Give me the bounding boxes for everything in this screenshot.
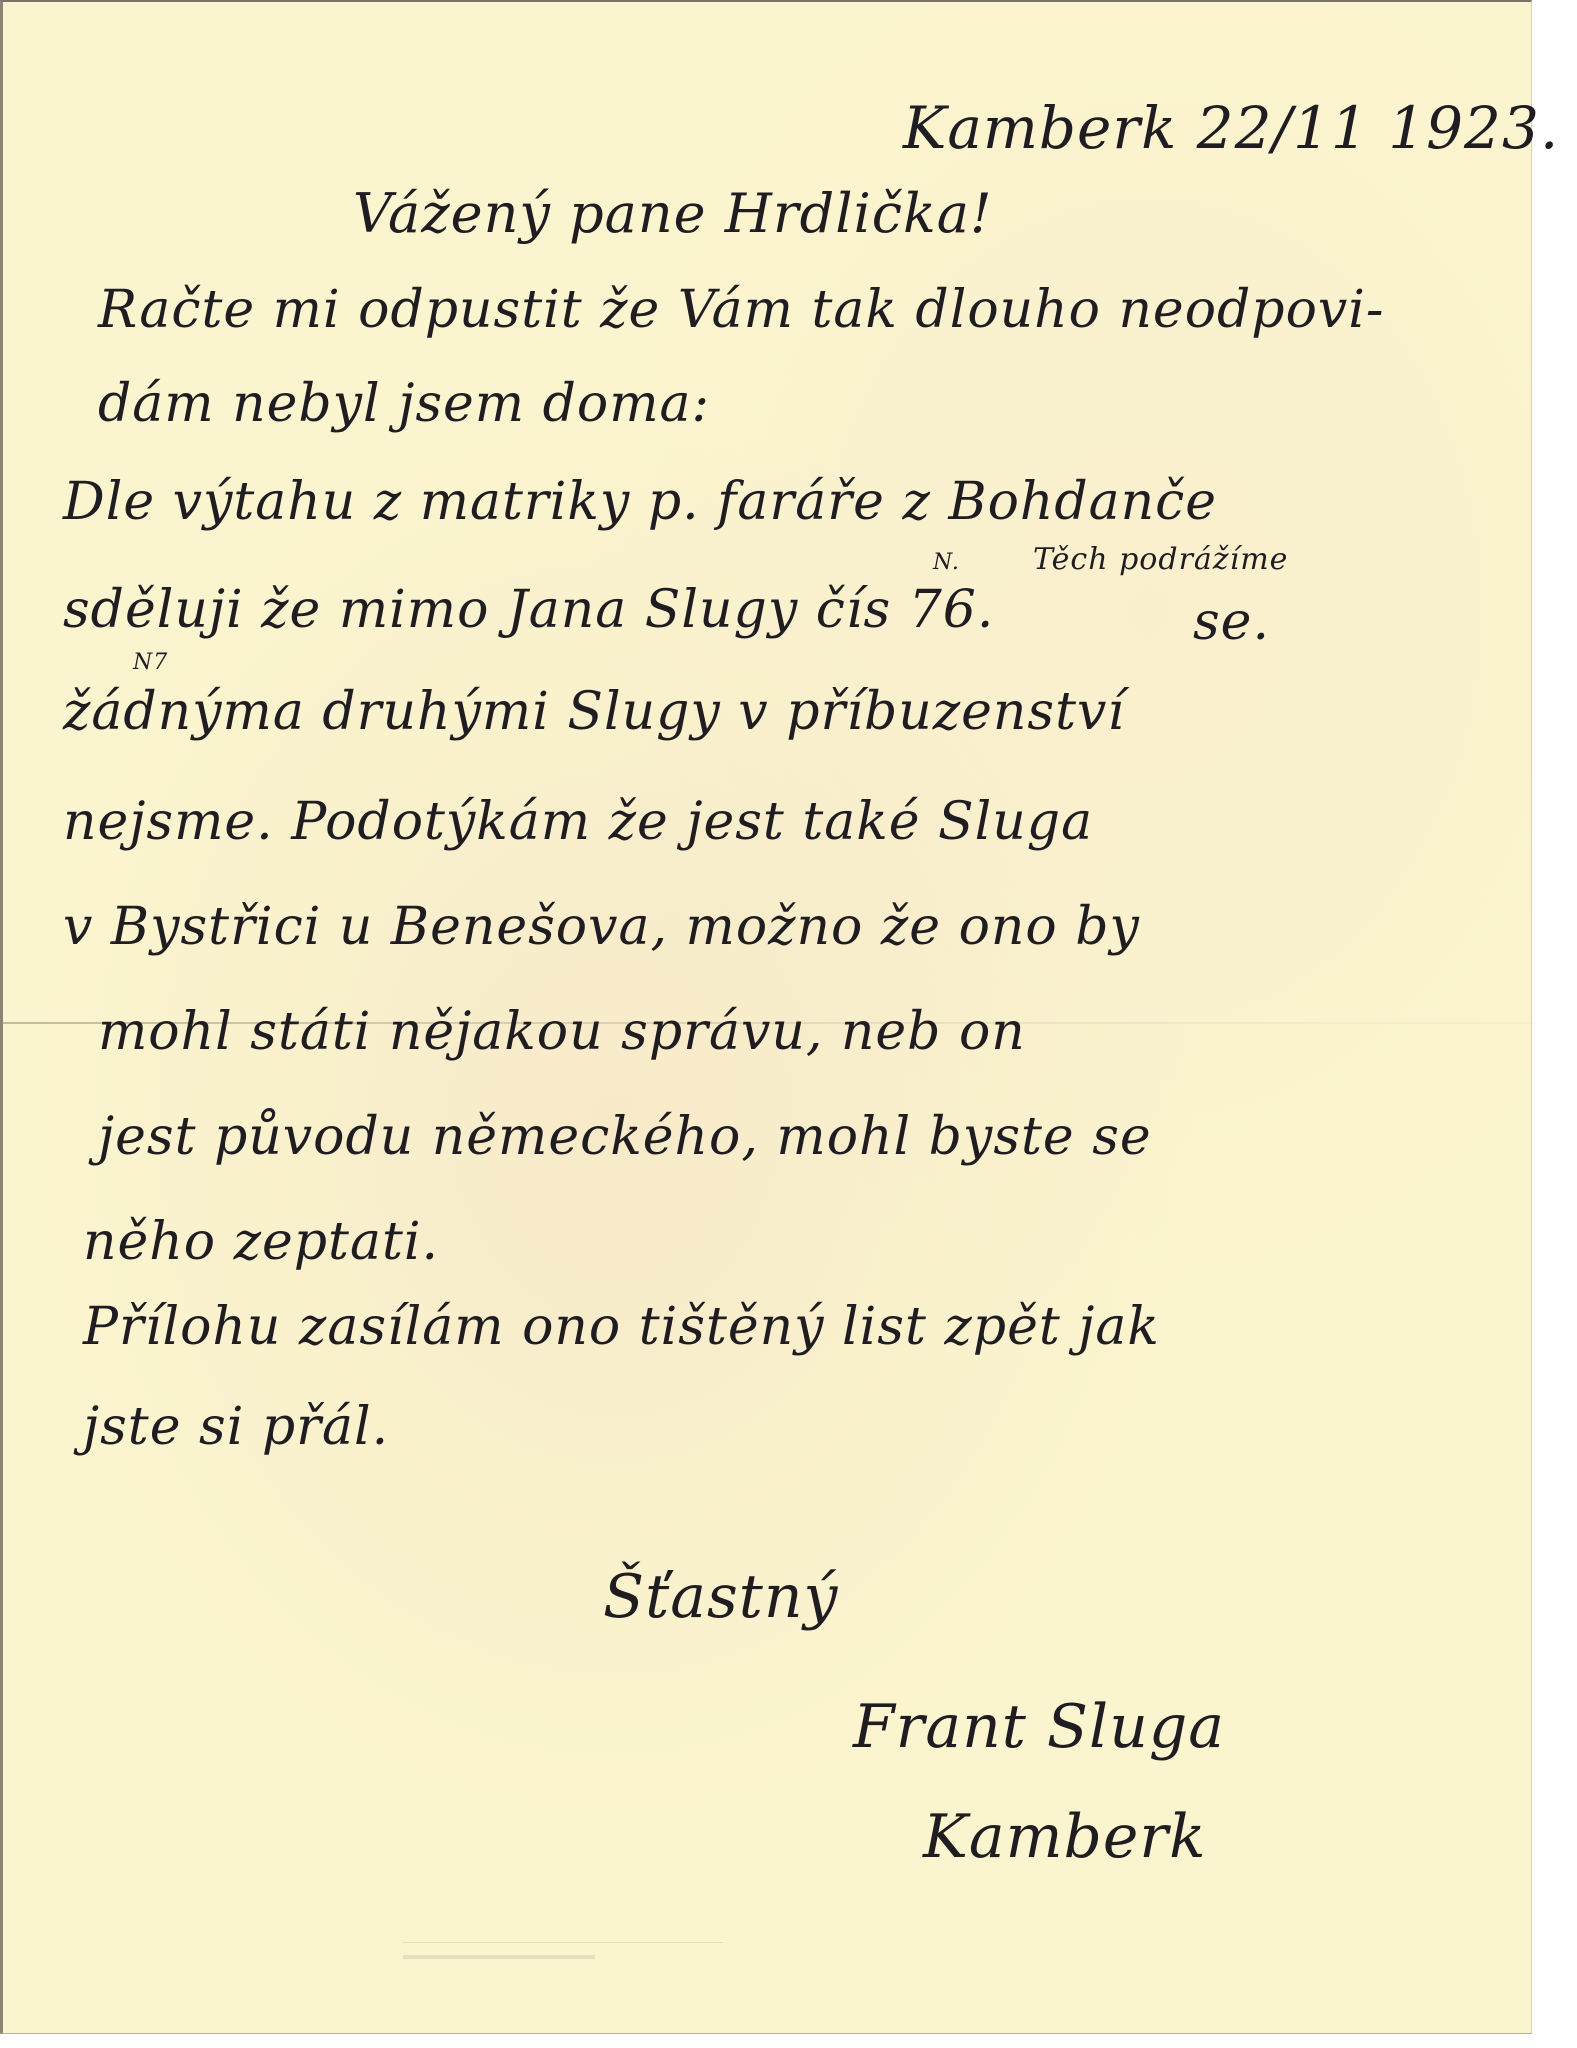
body-line-4-trailing: se.: [1193, 592, 1270, 652]
body-line-6: nejsme. Podotýkám že jest také Sluga: [63, 792, 1093, 852]
closing-greeting: Šťastný: [603, 1562, 838, 1632]
interlinear-insert: Těch podrážíme: [1033, 542, 1288, 577]
faint-printed-stamp: [403, 1942, 723, 2003]
letter-page: Kamberk 22/11 1923. Vážený pane Hrdlička…: [0, 0, 1532, 2034]
body-line-9: jest původu německého, mohl byste se: [98, 1107, 1152, 1167]
body-line-7: v Bystřici u Benešova, možno že ono by: [63, 897, 1140, 957]
body-line-12: jste si přál.: [83, 1397, 389, 1457]
place-and-date: Kamberk 22/11 1923.: [903, 94, 1559, 162]
body-line-3: Dle výtahu z matriky p. faráře z Bohdanč…: [63, 472, 1217, 532]
insert-marker-above: N.: [933, 550, 960, 575]
body-line-1: Račte mi odpustit že Vám tak dlouho neod…: [98, 280, 1384, 340]
signature-place: Kamberk: [923, 1802, 1206, 1872]
body-line-5: žádnýma druhými Slugy v příbuzenství: [63, 682, 1125, 742]
body-line-10: něho zeptati.: [83, 1212, 439, 1272]
salutation: Vážený pane Hrdlička!: [353, 182, 993, 245]
insert-marker-line5: N7: [133, 650, 168, 675]
body-line-2: dám nebyl jsem doma:: [98, 374, 710, 434]
signature-name: Frant Sluga: [853, 1692, 1225, 1762]
body-line-11: Přílohu zasílám ono tištěný list zpět ja…: [83, 1297, 1160, 1357]
body-line-4: sděluji že mimo Jana Slugy čís 76.: [63, 580, 994, 640]
body-line-8: mohl státi nějakou správu, neb on: [98, 1002, 1026, 1062]
